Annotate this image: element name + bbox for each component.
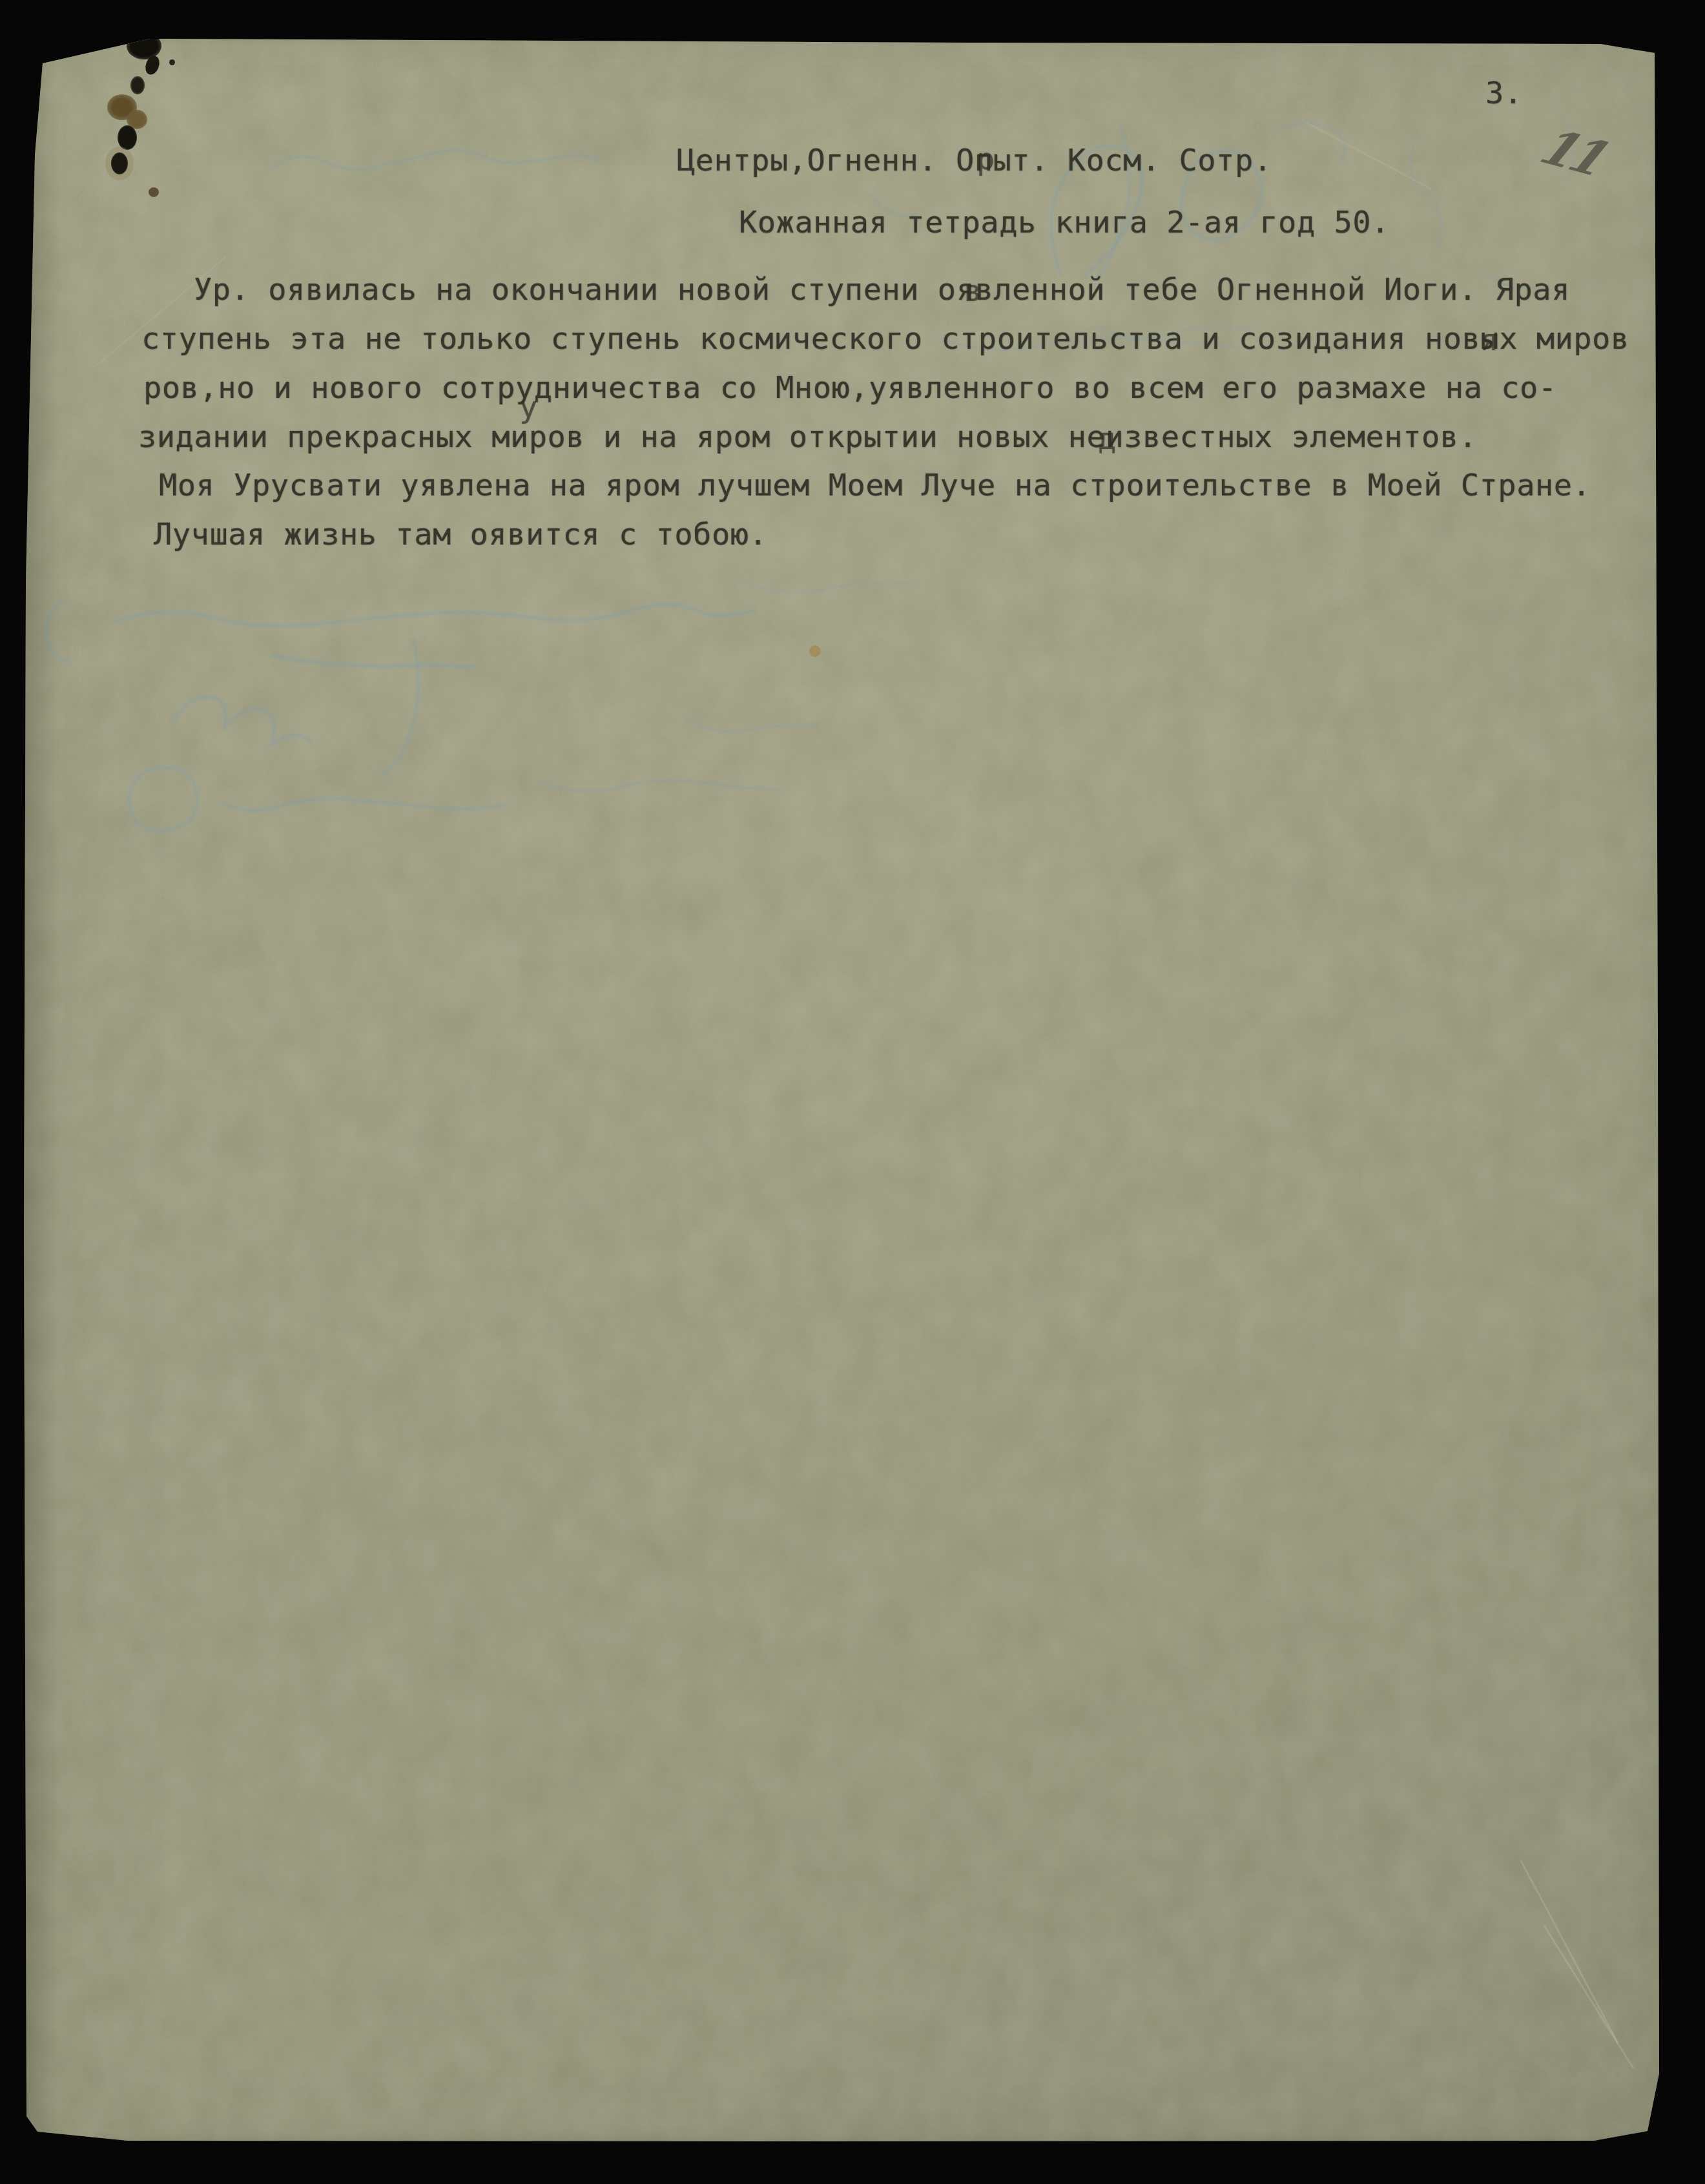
- overstrike-char: р: [976, 143, 995, 175]
- ink-speck: [149, 187, 159, 197]
- paper-crease: [1544, 1925, 1634, 2068]
- overstrike-char: я: [1480, 324, 1498, 356]
- header-line-1: Центры,Огненн. Опыт. Косм. Сотр.: [677, 145, 1272, 176]
- body-line: Моя Урусвати уявлена на яром лучшем Моем…: [159, 470, 1591, 501]
- ink-stain: [127, 32, 161, 59]
- body-line: ступень эта не только ступень космическо…: [141, 323, 1629, 355]
- ink-speck: [169, 59, 175, 65]
- document-scan: 3. 11 Центры,Огненн. Опыт. Косм. Сотр. К…: [0, 0, 1705, 2184]
- ink-stain: [118, 125, 137, 150]
- page-number: 3.: [1485, 78, 1523, 109]
- overstrike-char: у: [519, 391, 537, 423]
- paper-crease: [1306, 122, 1432, 191]
- header-line-2: Кожанная тетрадь книга 2-ая год 50.: [739, 207, 1390, 238]
- body-line: Ур. оявилась на окончании новой ступени …: [194, 274, 1570, 306]
- pencil-mark: 11: [1531, 120, 1616, 186]
- ink-stain: [130, 76, 145, 94]
- ink-stain: [111, 152, 128, 174]
- body-line: ров,но и нового сотрудничества со Мною,у…: [143, 372, 1557, 404]
- body-line: Лучшая жизнь там оявится с тобою.: [154, 519, 767, 550]
- body-line: зидании прекрасных миров и на яром откры…: [138, 421, 1477, 453]
- paper-crease: [1520, 1860, 1619, 2044]
- overstrike-char: в: [964, 275, 982, 307]
- paper-sheet: 3. 11 Центры,Огненн. Опыт. Косм. Сотр. К…: [0, 0, 1705, 2184]
- overstrike-char: д: [1098, 423, 1116, 455]
